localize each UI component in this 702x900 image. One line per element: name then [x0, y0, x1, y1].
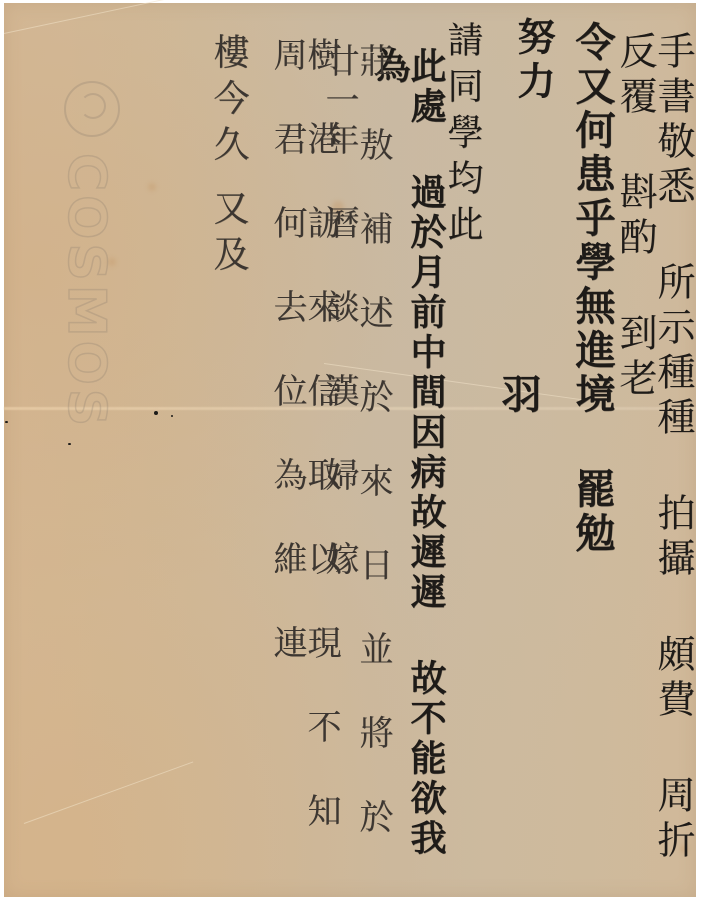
- letter-column-7: 樹 港 訪 來 信 取 以 現 不 知 周 君 何 去 位 為 維 連: [270, 37, 338, 897]
- postscript-line-2: 又及: [210, 189, 246, 281]
- postscript-line-1: 樓今久: [210, 33, 246, 171]
- paper-stain: [148, 183, 156, 191]
- letter-paper: COSMOS 手書敬悉 所示種種 拍攝 頗費 周折 反覆 斟酌 到老 令又何患乎…: [4, 3, 696, 897]
- ink-speck: [154, 411, 158, 415]
- letter-column-1: 手書敬悉 所示種種 拍攝 頗費 周折 反覆 斟酌 到老: [616, 31, 692, 897]
- paper-crease: [4, 0, 239, 34]
- watermark: COSMOS: [56, 73, 126, 493]
- ink-speck: [171, 415, 173, 417]
- letter-column-2: 令又何患乎學無進境 罷勉: [572, 21, 612, 556]
- letter-column-4: 請同學均此: [444, 21, 480, 251]
- watermark-logo-icon: [64, 81, 120, 137]
- letter-column-3: 努力: [514, 17, 552, 105]
- ink-speck: [5, 421, 8, 423]
- signature: 羽: [498, 373, 538, 419]
- paper-crease: [24, 761, 193, 824]
- watermark-text: COSMOS: [56, 153, 116, 430]
